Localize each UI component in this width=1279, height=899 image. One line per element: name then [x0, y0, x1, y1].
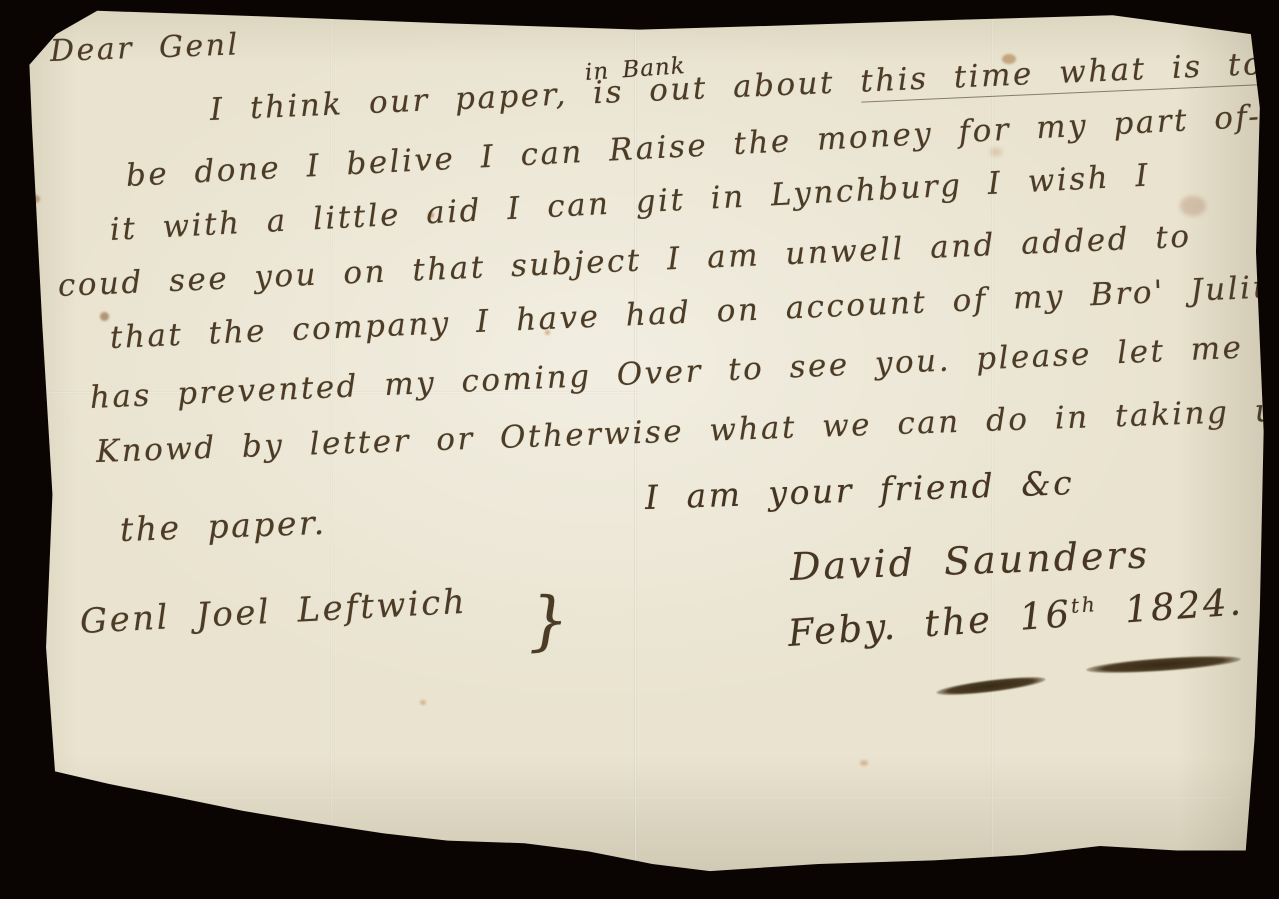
addressee-brace: } [527, 584, 570, 659]
date-year: 1824. [1096, 580, 1244, 633]
scanned-letter-view: Dear Genl in Bank I think our paper, is … [0, 0, 1279, 899]
stain-spot [30, 195, 40, 203]
stain-spot [420, 700, 426, 705]
signature: David Saunders [789, 532, 1151, 589]
horizontal-fold-crease [51, 796, 1228, 799]
stain-spot [1180, 196, 1206, 216]
flourish-stroke [1086, 653, 1242, 677]
salutation: Dear Genl [49, 27, 240, 69]
date-line: Feby. the 16th 1824. [787, 580, 1245, 655]
stain-spot [100, 312, 109, 321]
date-text: Feby. the 16 [787, 592, 1073, 655]
addressee-line: Genl Joel Leftwich [79, 582, 468, 642]
letter-paper: Dear Genl in Bank I think our paper, is … [0, 0, 1279, 899]
stain-spot [860, 760, 868, 766]
letter-line-text: I think our paper, is out about [209, 64, 861, 128]
date-superscript: th [1070, 592, 1098, 618]
underlined-phrase: this time what is to [859, 46, 1264, 103]
stain-spot [990, 148, 1002, 156]
closing-line: I am your friend &c [644, 463, 1074, 517]
letter-line: the paper. [119, 503, 327, 549]
